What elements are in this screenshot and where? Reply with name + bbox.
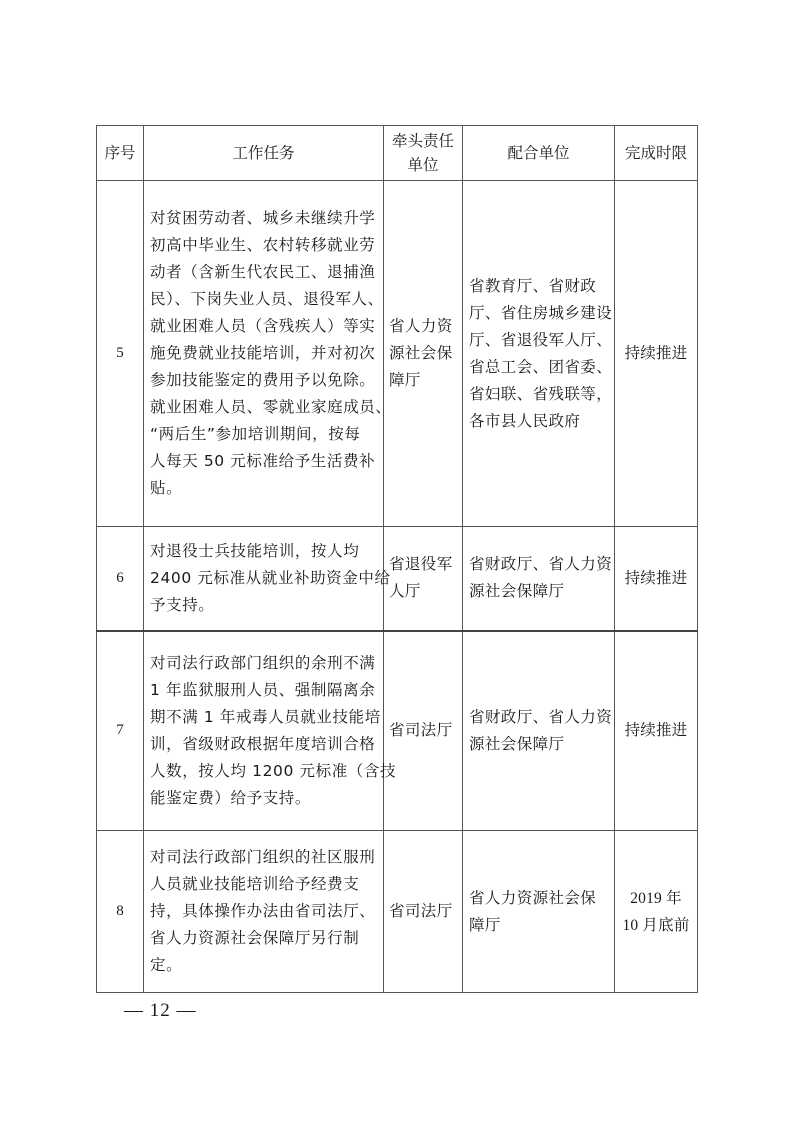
coop-line: 厅、省退役军人厅、	[469, 327, 610, 354]
task-line: 对司法行政部门组织的余刑不满	[150, 650, 377, 677]
table-header-row: 序号 工作任务 牵头责任 单位 配合单位 完成时限	[97, 126, 698, 181]
deadline-line: 10 月底前	[615, 912, 697, 939]
task-table: 序号 工作任务 牵头责任 单位 配合单位 完成时限 5 对贫困劳动者、城乡未继续…	[96, 125, 698, 993]
task-line: 能鉴定费）给予支持。	[150, 785, 377, 812]
task-line: 民）、下岗失业人员、退役军人、	[150, 286, 377, 313]
row-coop-unit: 省教育厅、省财政 厅、省住房城乡建设 厅、省退役军人厅、 省总工会、团省委、 省…	[463, 181, 615, 527]
header-coop-unit: 配合单位	[463, 126, 615, 181]
coop-line: 厅、省住房城乡建设	[469, 300, 610, 327]
row-task: 对司法行政部门组织的社区服刑 人员就业技能培训给予经费支 持，具体操作办法由省司…	[144, 831, 384, 993]
row-task: 对退役士兵技能培训，按人均 2400 元标准从就业补助资金中给 予支持。	[144, 527, 384, 631]
coop-line: 省财政厅、省人力资	[469, 704, 610, 731]
task-line: 持，具体操作办法由省司法厅、	[150, 898, 377, 925]
task-line: 人员就业技能培训给予经费支	[150, 871, 377, 898]
lead-line: 省司法厅	[389, 898, 460, 925]
row-deadline: 持续推进	[615, 527, 698, 631]
page-number: — 12 —	[124, 1000, 197, 1022]
task-line: 施免费就业技能培训，并对初次	[150, 340, 377, 367]
deadline-line: 持续推进	[615, 717, 697, 744]
table-row: 8 对司法行政部门组织的社区服刑 人员就业技能培训给予经费支 持，具体操作办法由…	[97, 831, 698, 993]
task-line: 定。	[150, 952, 377, 979]
coop-line: 障厅	[469, 912, 610, 939]
coop-line: 源社会保障厅	[469, 578, 610, 605]
task-line: “两后生”参加培训期间，按每	[150, 421, 377, 448]
coop-line: 省妇联、省残联等，	[469, 381, 610, 408]
task-line: 对退役士兵技能培训，按人均	[150, 538, 377, 565]
table-row: 6 对退役士兵技能培训，按人均 2400 元标准从就业补助资金中给 予支持。 省…	[97, 527, 698, 631]
task-line: 期不满 1 年戒毒人员就业技能培	[150, 704, 377, 731]
coop-line: 省教育厅、省财政	[469, 273, 610, 300]
row-seq: 6	[97, 527, 144, 631]
task-line: 训，省级财政根据年度培训合格	[150, 731, 377, 758]
row-lead-unit: 省司法厅	[384, 831, 463, 993]
row-coop-unit: 省财政厅、省人力资 源社会保障厅	[463, 631, 615, 831]
task-line: 动者（含新生代农民工、退捕渔	[150, 259, 377, 286]
task-line: 对司法行政部门组织的社区服刑	[150, 844, 377, 871]
row-lead-unit: 省人力资 源社会保 障厅	[384, 181, 463, 527]
lead-line: 省人力资	[389, 313, 460, 340]
row-coop-unit: 省财政厅、省人力资 源社会保障厅	[463, 527, 615, 631]
task-line: 1 年监狱服刑人员、强制隔离余	[150, 677, 377, 704]
document-page: 序号 工作任务 牵头责任 单位 配合单位 完成时限 5 对贫困劳动者、城乡未继续…	[0, 0, 793, 1122]
header-lead-unit: 牵头责任 单位	[384, 126, 463, 181]
lead-line: 人厅	[389, 578, 460, 605]
task-line: 省人力资源社会保障厅另行制	[150, 925, 377, 952]
row-coop-unit: 省人力资源社会保 障厅	[463, 831, 615, 993]
deadline-line: 持续推进	[615, 565, 697, 592]
lead-line: 省退役军	[389, 551, 460, 578]
deadline-line: 2019 年	[615, 885, 697, 912]
lead-line: 源社会保	[389, 340, 460, 367]
row-task: 对司法行政部门组织的余刑不满 1 年监狱服刑人员、强制隔离余 期不满 1 年戒毒…	[144, 631, 384, 831]
coop-line: 各市县人民政府	[469, 408, 610, 435]
task-line: 对贫困劳动者、城乡未继续升学	[150, 205, 377, 232]
header-lead-line1: 牵头责任	[384, 129, 462, 153]
coop-line: 省总工会、团省委、	[469, 354, 610, 381]
row-deadline: 持续推进	[615, 181, 698, 527]
task-line: 人每天 50 元标准给予生活费补	[150, 448, 377, 475]
header-task: 工作任务	[144, 126, 384, 181]
header-lead-line2: 单位	[384, 153, 462, 177]
row-deadline: 2019 年 10 月底前	[615, 831, 698, 993]
task-line: 就业困难人员、零就业家庭成员、	[150, 394, 377, 421]
lead-line: 省司法厅	[389, 717, 460, 744]
row-seq: 8	[97, 831, 144, 993]
header-deadline: 完成时限	[615, 126, 698, 181]
row-seq: 7	[97, 631, 144, 831]
task-line: 贴。	[150, 475, 377, 502]
table-row: 5 对贫困劳动者、城乡未继续升学 初高中毕业生、农村转移就业劳 动者（含新生代农…	[97, 181, 698, 527]
row-deadline: 持续推进	[615, 631, 698, 831]
task-line: 予支持。	[150, 592, 377, 619]
coop-line: 省人力资源社会保	[469, 885, 610, 912]
deadline-line: 持续推进	[615, 340, 697, 367]
task-line: 初高中毕业生、农村转移就业劳	[150, 232, 377, 259]
header-seq: 序号	[97, 126, 144, 181]
table-row: 7 对司法行政部门组织的余刑不满 1 年监狱服刑人员、强制隔离余 期不满 1 年…	[97, 631, 698, 831]
row-lead-unit: 省司法厅	[384, 631, 463, 831]
row-task: 对贫困劳动者、城乡未继续升学 初高中毕业生、农村转移就业劳 动者（含新生代农民工…	[144, 181, 384, 527]
task-line: 参加技能鉴定的费用予以免除。	[150, 367, 377, 394]
row-lead-unit: 省退役军 人厅	[384, 527, 463, 631]
coop-line: 省财政厅、省人力资	[469, 551, 610, 578]
lead-line: 障厅	[389, 367, 460, 394]
coop-line: 源社会保障厅	[469, 731, 610, 758]
row-seq: 5	[97, 181, 144, 527]
task-line: 2400 元标准从就业补助资金中给	[150, 565, 377, 592]
task-line: 人数，按人均 1200 元标准（含技	[150, 758, 377, 785]
task-line: 就业困难人员（含残疾人）等实	[150, 313, 377, 340]
